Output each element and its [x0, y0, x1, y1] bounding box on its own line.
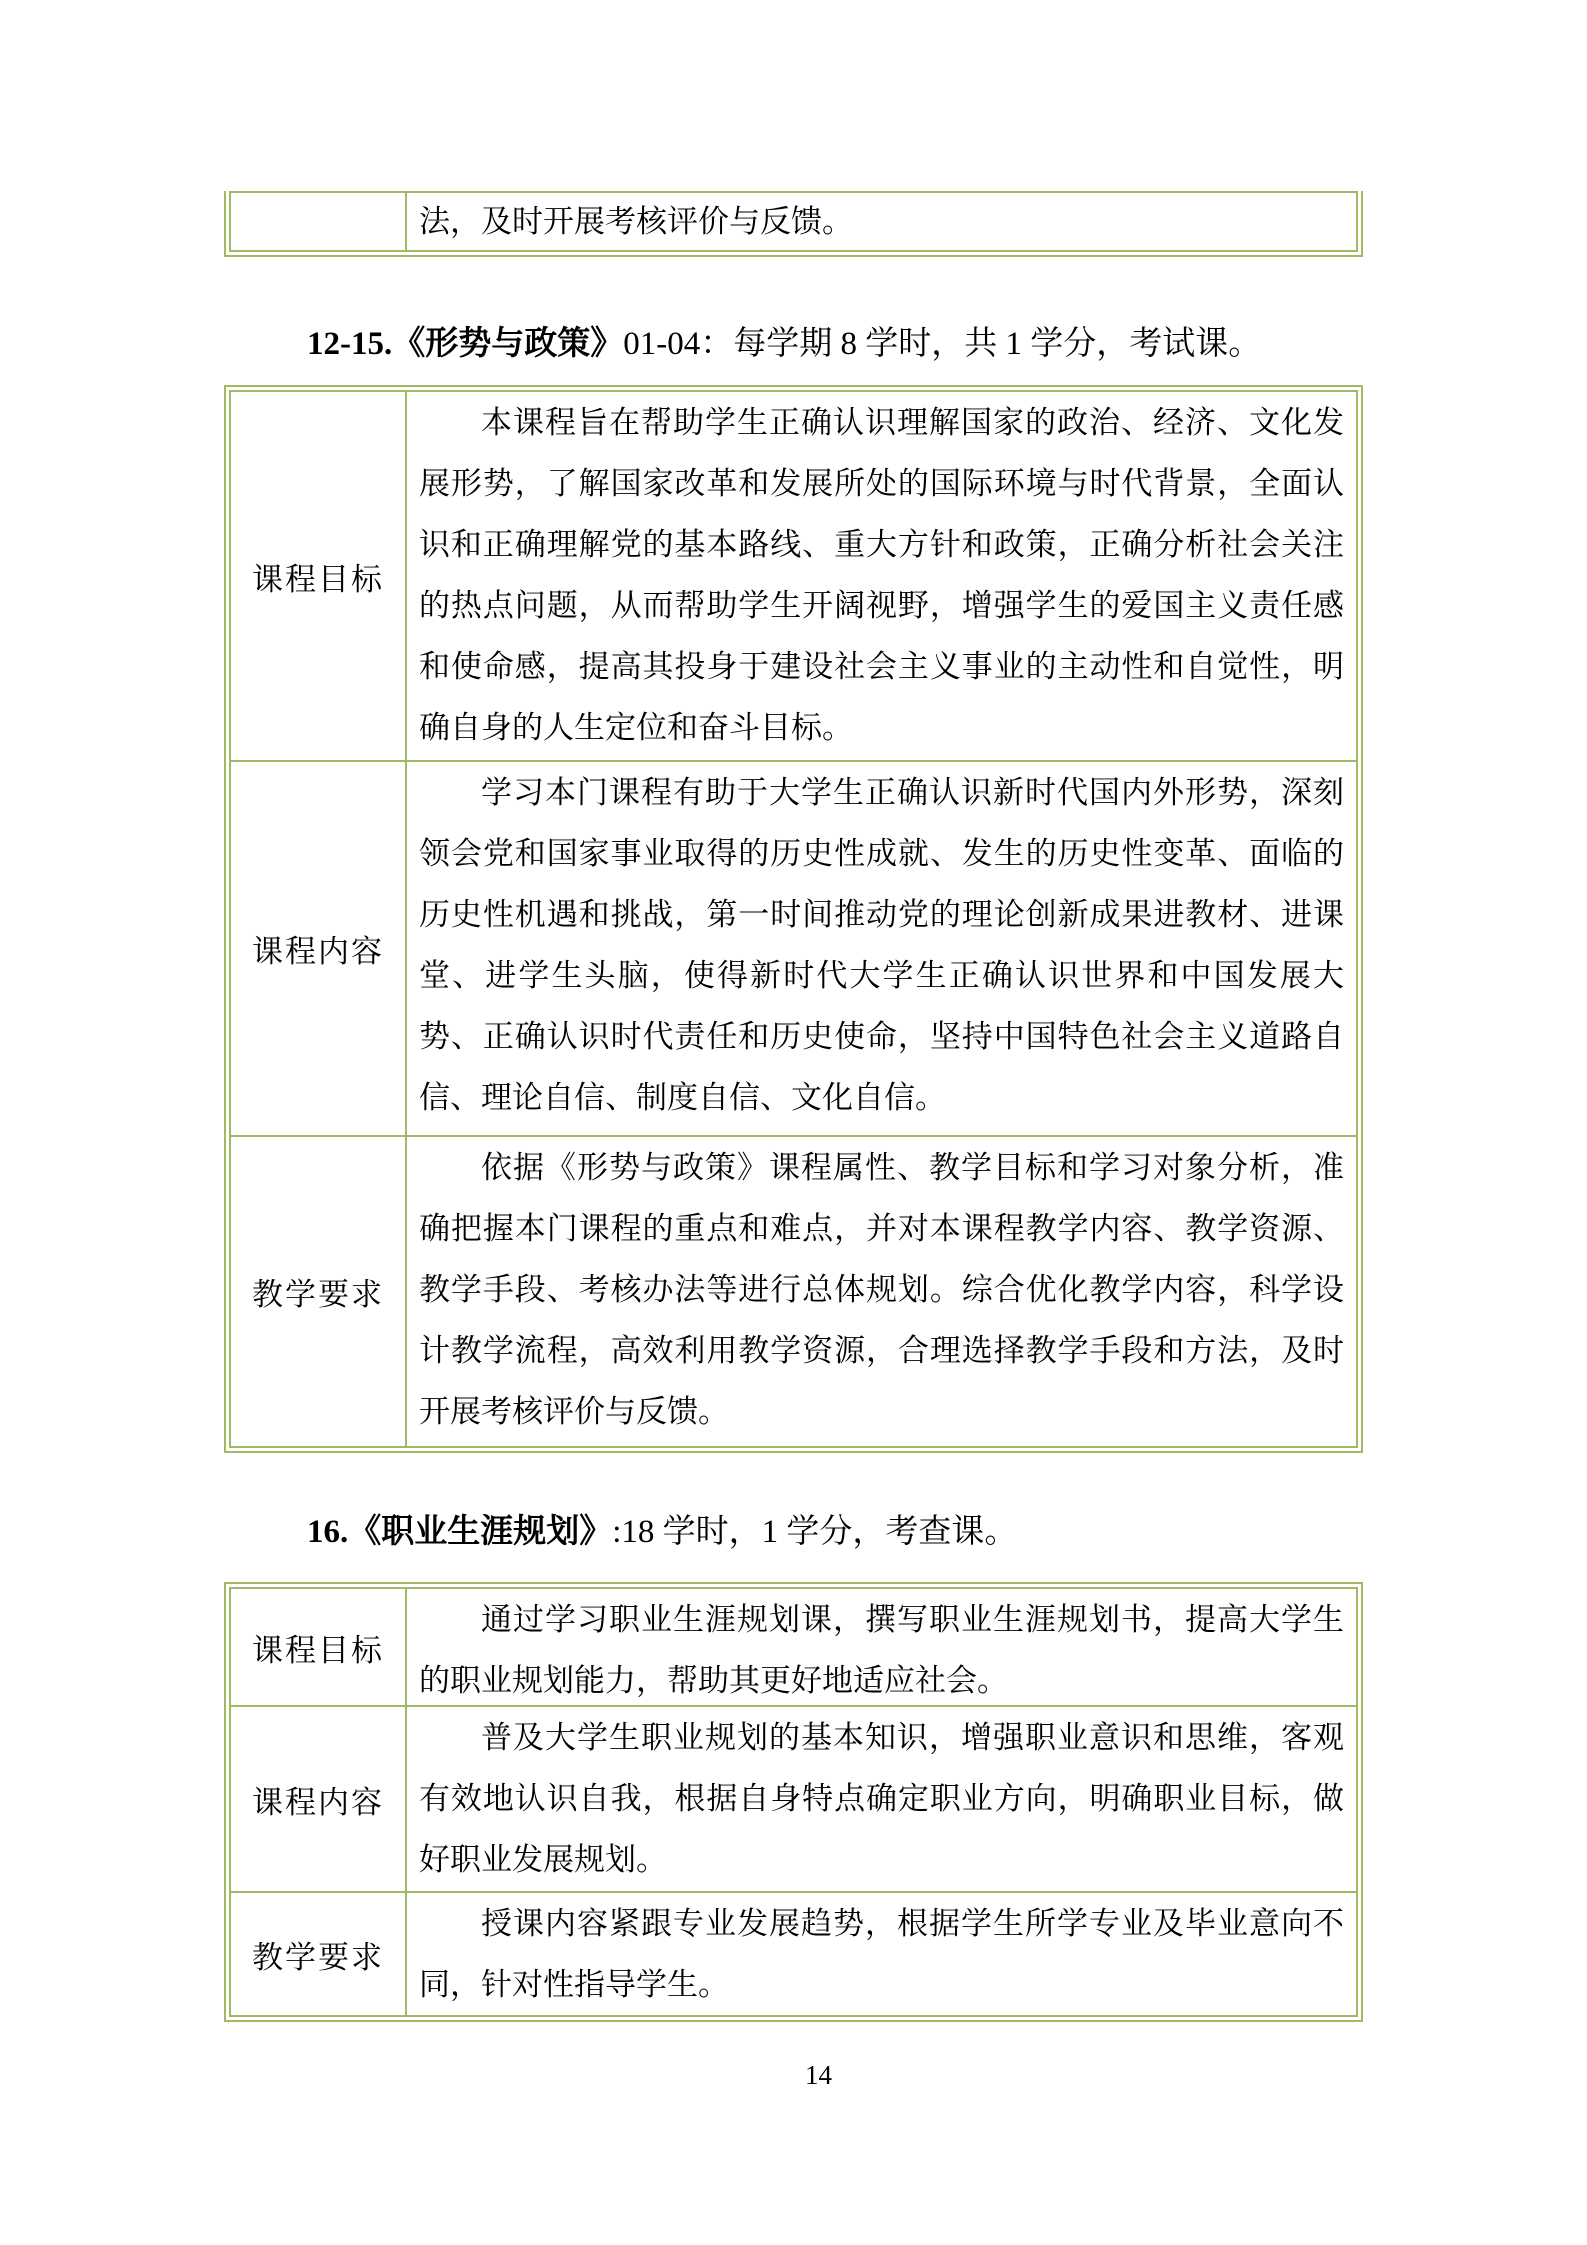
course-table-2-inner: 课程目标 通过学习职业生涯规划课，撰写职业生涯规划书，提高大学生的职业规划能力，…	[229, 1587, 1358, 2017]
course-title-bold: 12-15.《形势与政策》	[307, 326, 623, 362]
row-label-content: 课程内容	[231, 1707, 407, 1891]
row-label-requirements: 教学要求	[231, 1893, 407, 2015]
course-title-bold: 16.《职业生涯规划》	[307, 1514, 612, 1550]
course-title-detail: 01-04：每学期 8 学时，共 1 学分，考试课。	[623, 326, 1261, 362]
row-content-requirements: 依据《形势与政策》课程属性、教学目标和学习对象分析，准确把握本门课程的重点和难点…	[407, 1137, 1356, 1446]
table-row-objectives: 课程目标 本课程旨在帮助学生正确认识理解国家的政治、经济、文化发展形势，了解国家…	[231, 392, 1356, 760]
row-label-objectives: 课程目标	[231, 1589, 407, 1705]
table-row-content: 课程内容 普及大学生职业规划的基本知识，增强职业意识和思维，客观有效地认识自我，…	[231, 1705, 1356, 1891]
row-label-requirements: 教学要求	[231, 1137, 407, 1446]
row-content-objectives: 通过学习职业生涯规划课，撰写职业生涯规划书，提高大学生的职业规划能力，帮助其更好…	[407, 1589, 1356, 1705]
continued-table-inner: 法，及时开展考核评价与反馈。	[229, 191, 1358, 252]
table-row-objectives: 课程目标 通过学习职业生涯规划课，撰写职业生涯规划书，提高大学生的职业规划能力，…	[231, 1589, 1356, 1705]
page-number: 14	[0, 2060, 1587, 2091]
row-content-objectives: 本课程旨在帮助学生正确认识理解国家的政治、经济、文化发展形势，了解国家改革和发展…	[407, 392, 1356, 760]
table-row-content: 课程内容 学习本门课程有助于大学生正确认识新时代国内外形势，深刻领会党和国家事业…	[231, 760, 1356, 1135]
table-row-requirements: 教学要求 依据《形势与政策》课程属性、教学目标和学习对象分析，准确把握本门课程的…	[231, 1135, 1356, 1446]
continued-table-fragment: 法，及时开展考核评价与反馈。	[224, 191, 1363, 257]
course-table-2: 课程目标 通过学习职业生涯规划课，撰写职业生涯规划书，提高大学生的职业规划能力，…	[224, 1582, 1363, 2022]
course-title-detail: :18 学时，1 学分，考查课。	[612, 1514, 1017, 1550]
course-table-1: 课程目标 本课程旨在帮助学生正确认识理解国家的政治、经济、文化发展形势，了解国家…	[224, 385, 1363, 1453]
row-content-content: 学习本门课程有助于大学生正确认识新时代国内外形势，深刻领会党和国家事业取得的历史…	[407, 762, 1356, 1135]
row-content-requirements: 授课内容紧跟专业发展趋势，根据学生所学专业及毕业意向不同，针对性指导学生。	[407, 1893, 1356, 2015]
table-row: 法，及时开展考核评价与反馈。	[231, 193, 1356, 250]
row-content-cell: 法，及时开展考核评价与反馈。	[407, 193, 1356, 250]
section-heading-2: 16.《职业生涯规划》:18 学时，1 学分，考查课。	[0, 1510, 1587, 1554]
table-row-requirements: 教学要求 授课内容紧跟专业发展趋势，根据学生所学专业及毕业意向不同，针对性指导学…	[231, 1891, 1356, 2015]
row-label-cell-empty	[231, 193, 407, 250]
course-table-1-inner: 课程目标 本课程旨在帮助学生正确认识理解国家的政治、经济、文化发展形势，了解国家…	[229, 390, 1358, 1448]
section-heading-1: 12-15.《形势与政策》01-04：每学期 8 学时，共 1 学分，考试课。	[0, 322, 1587, 366]
row-content-content: 普及大学生职业规划的基本知识，增强职业意识和思维，客观有效地认识自我，根据自身特…	[407, 1707, 1356, 1891]
row-label-objectives: 课程目标	[231, 392, 407, 760]
row-label-content: 课程内容	[231, 762, 407, 1135]
